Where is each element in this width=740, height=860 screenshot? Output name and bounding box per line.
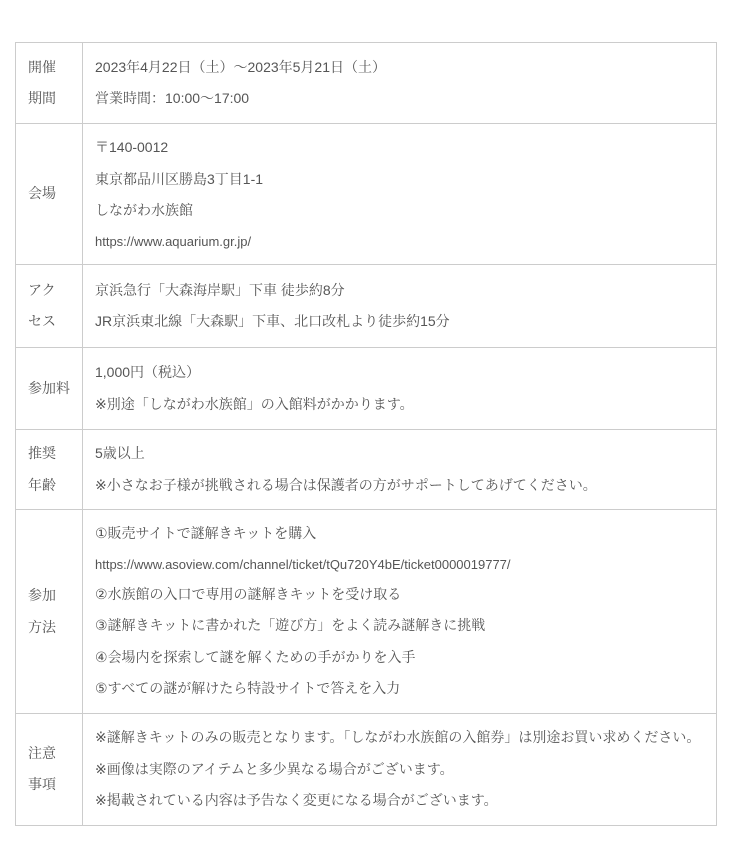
- content-line: ⑤すべての謎が解けたら特設サイトで答えを入力: [95, 673, 704, 705]
- event-info-table: 開催 期間2023年4月22日（土）〜2023年5月21日（土）営業時間：10:…: [15, 42, 717, 826]
- content-line: しながわ水族館: [95, 195, 704, 227]
- content-line: 2023年4月22日（土）〜2023年5月21日（土）: [95, 52, 704, 84]
- row-label: アク セス: [16, 265, 83, 348]
- table-row: 参加 方法①販売サイトで謎解きキットを購入https://www.asoview…: [16, 510, 717, 714]
- row-content: 2023年4月22日（土）〜2023年5月21日（土）営業時間：10:00〜17…: [83, 43, 717, 124]
- row-label: 開催 期間: [16, 43, 83, 124]
- row-label: 参加料: [16, 348, 83, 430]
- table-row: 推奨 年齢5歳以上※小さなお子様が挑戦される場合は保護者の方がサポートしてあげて…: [16, 430, 717, 510]
- content-line: 営業時間：10:00〜17:00: [95, 83, 704, 115]
- content-line: 東京都品川区勝島3丁目1-1: [95, 164, 704, 196]
- content-line: ②水族館の入口で専用の謎解きキットを受け取る: [95, 579, 704, 611]
- url-text: https://www.aquarium.gr.jp/: [95, 227, 704, 256]
- row-content: 5歳以上※小さなお子様が挑戦される場合は保護者の方がサポートしてあげてください。: [83, 430, 717, 510]
- row-label: 会場: [16, 124, 83, 265]
- content-line: 1,000円（税込）: [95, 357, 704, 389]
- url-text: https://www.asoview.com/channel/ticket/t…: [95, 550, 704, 579]
- content-line: JR京浜東北線「大森駅」下車、北口改札より徒歩約15分: [95, 306, 704, 338]
- content-line: ③謎解きキットに書かれた「遊び方」をよく読み謎解きに挑戦: [95, 610, 704, 642]
- row-label: 注意 事項: [16, 714, 83, 826]
- table-row: 注意 事項※謎解きキットのみの販売となります。「しながわ水族館の入館券」は別途お…: [16, 714, 717, 826]
- event-info-table-body: 開催 期間2023年4月22日（土）〜2023年5月21日（土）営業時間：10:…: [16, 43, 717, 826]
- content-line: ※掲載されている内容は予告なく変更になる場合がございます。: [95, 785, 704, 817]
- content-line: ①販売サイトで謎解きキットを購入: [95, 518, 704, 550]
- content-line: ※別途「しながわ水族館」の入館料がかかります。: [95, 389, 704, 421]
- row-content: ※謎解きキットのみの販売となります。「しながわ水族館の入館券」は別途お買い求めく…: [83, 714, 717, 826]
- content-line: ④会場内を探索して謎を解くための手がかりを入手: [95, 642, 704, 674]
- row-label: 推奨 年齢: [16, 430, 83, 510]
- content-line: 5歳以上: [95, 438, 704, 470]
- table-row: 会場〒140-0012東京都品川区勝島3丁目1-1しながわ水族館https://…: [16, 124, 717, 265]
- content-line: 京浜急行「大森海岸駅」下車 徒歩約8分: [95, 275, 704, 307]
- content-line: ※画像は実際のアイテムと多少異なる場合がございます。: [95, 754, 704, 786]
- table-row: アク セス京浜急行「大森海岸駅」下車 徒歩約8分JR京浜東北線「大森駅」下車、北…: [16, 265, 717, 348]
- table-row: 参加料1,000円（税込）※別途「しながわ水族館」の入館料がかかります。: [16, 348, 717, 430]
- content-line: ※小さなお子様が挑戦される場合は保護者の方がサポートしてあげてください。: [95, 470, 704, 502]
- row-label: 参加 方法: [16, 510, 83, 714]
- row-content: ①販売サイトで謎解きキットを購入https://www.asoview.com/…: [83, 510, 717, 714]
- content-line: 〒140-0012: [95, 132, 704, 164]
- row-content: 〒140-0012東京都品川区勝島3丁目1-1しながわ水族館https://ww…: [83, 124, 717, 265]
- row-content: 京浜急行「大森海岸駅」下車 徒歩約8分JR京浜東北線「大森駅」下車、北口改札より…: [83, 265, 717, 348]
- row-content: 1,000円（税込）※別途「しながわ水族館」の入館料がかかります。: [83, 348, 717, 430]
- table-row: 開催 期間2023年4月22日（土）〜2023年5月21日（土）営業時間：10:…: [16, 43, 717, 124]
- content-line: ※謎解きキットのみの販売となります。「しながわ水族館の入館券」は別途お買い求めく…: [95, 722, 704, 754]
